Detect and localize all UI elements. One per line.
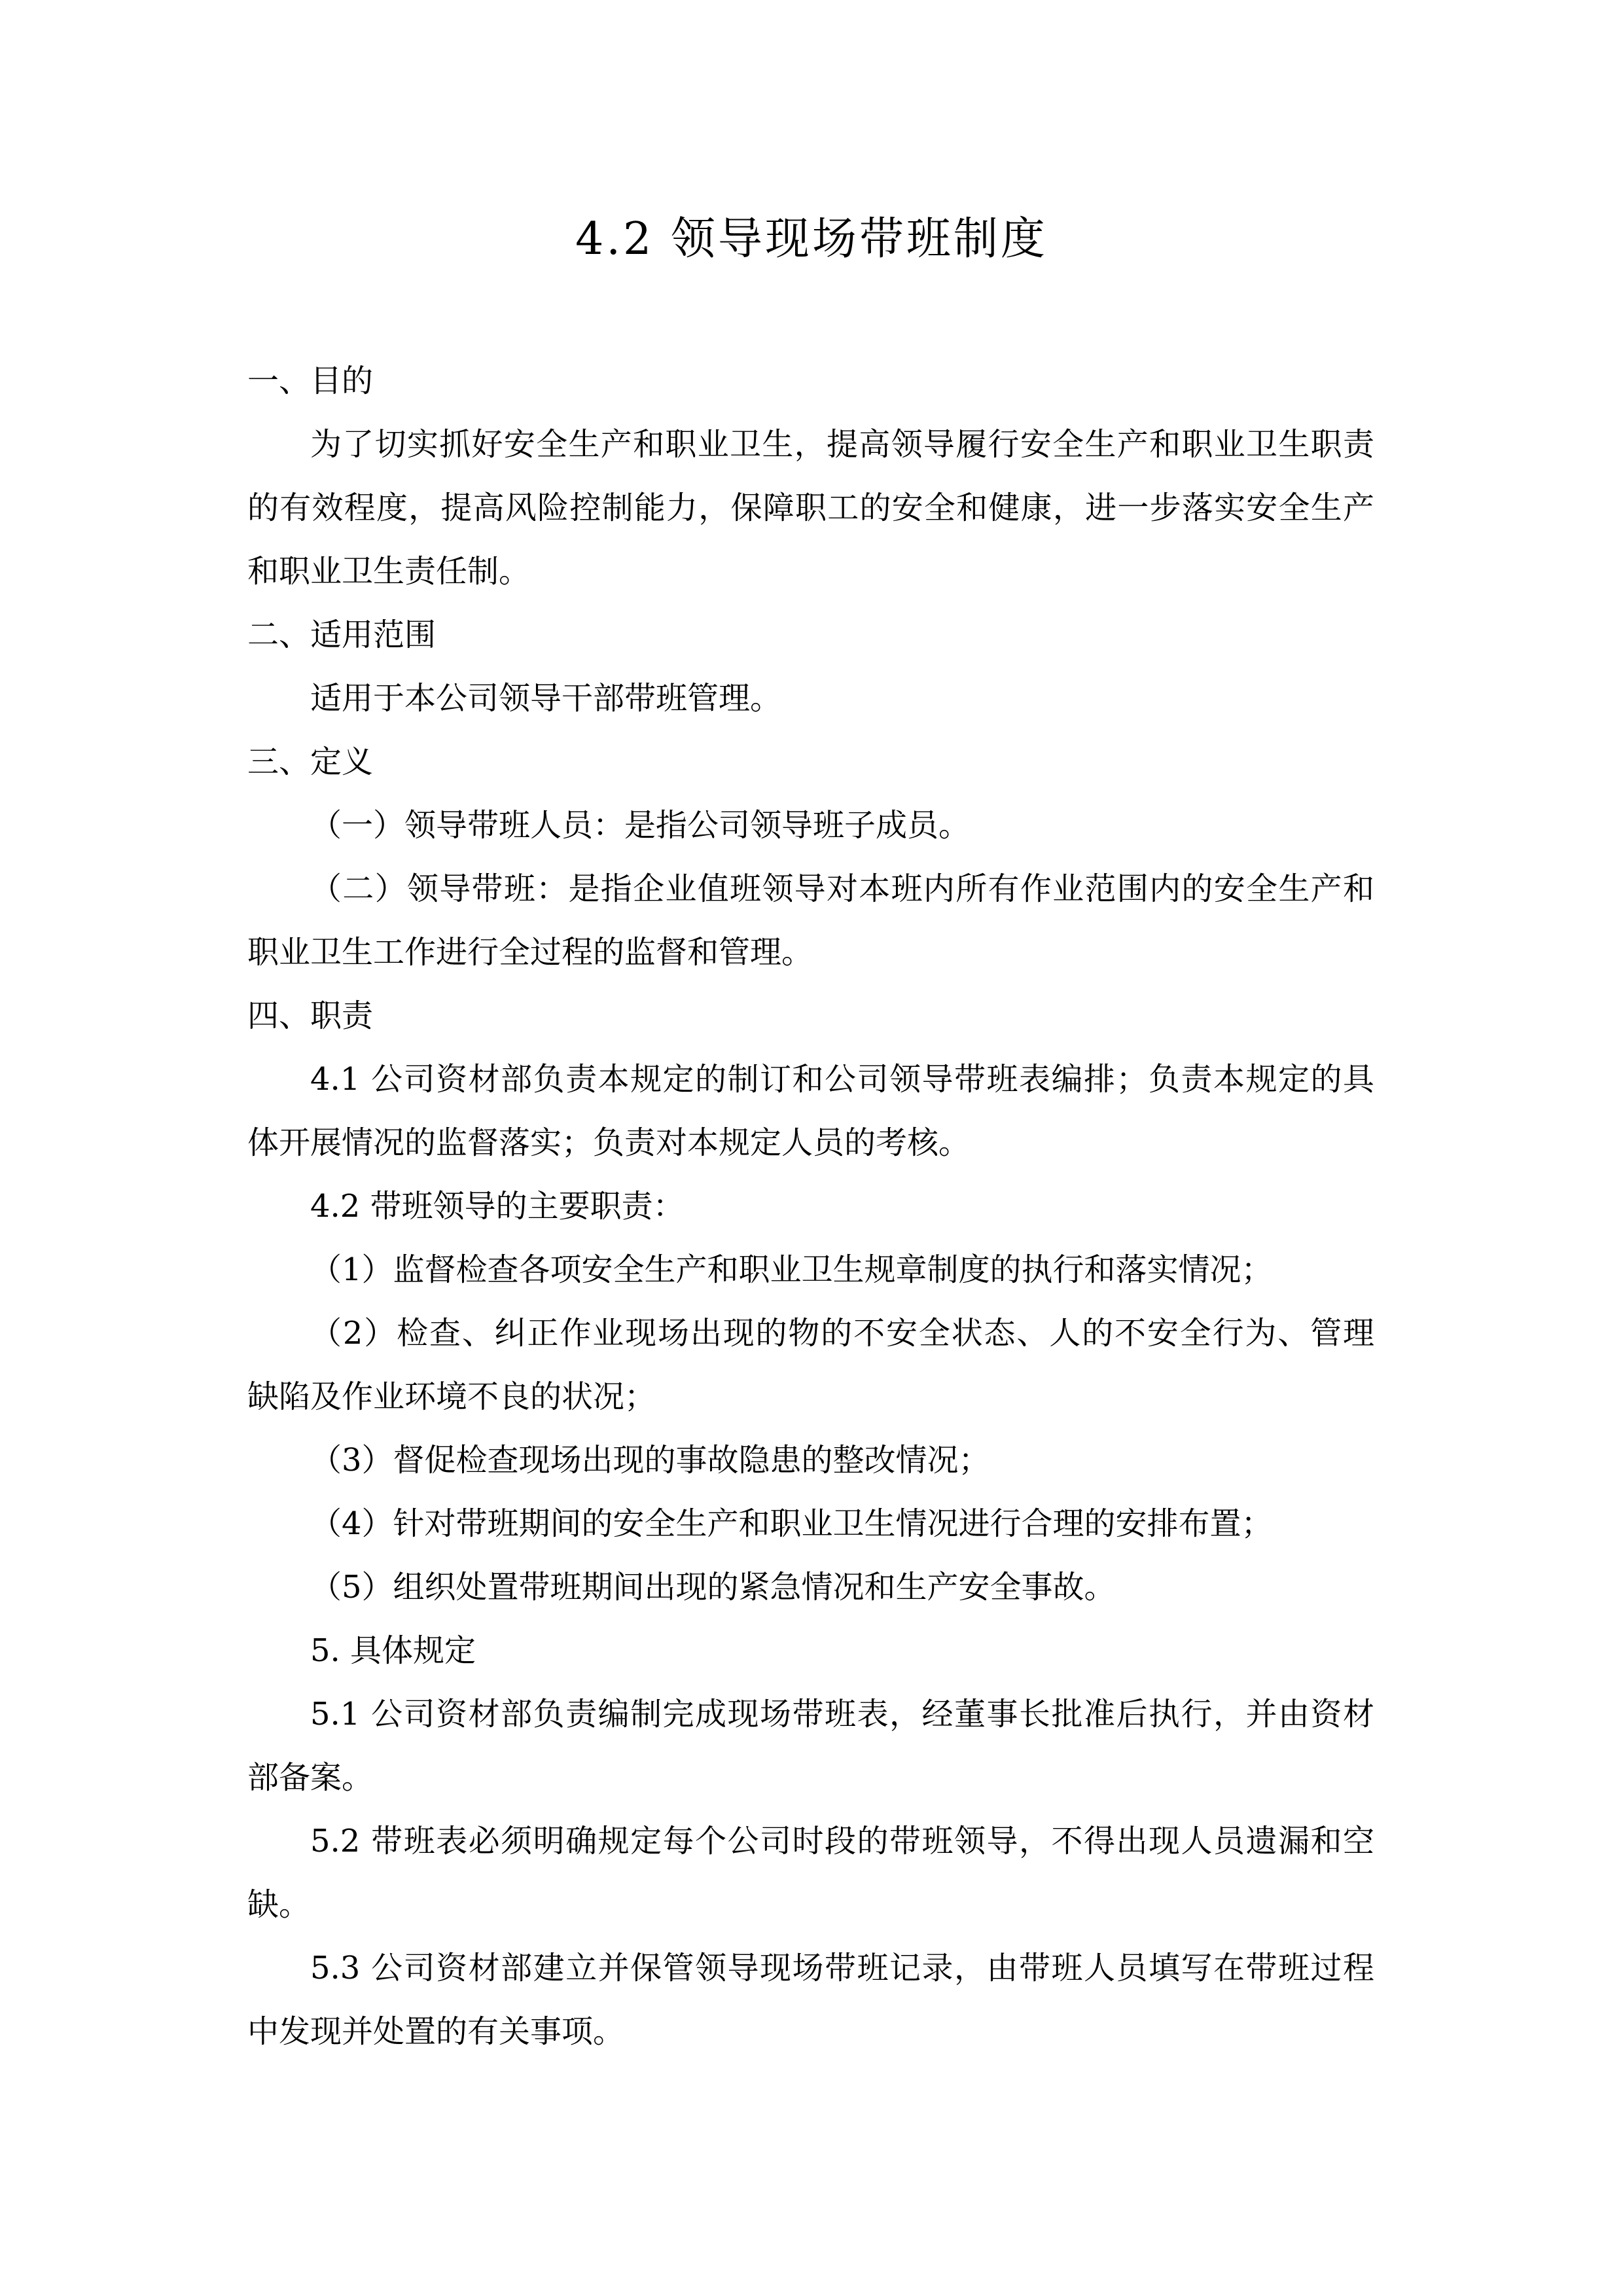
- section-heading-purpose: 一、目的: [247, 350, 1374, 413]
- clause-5-3: 5.3 公司资材部建立并保管领导现场带班记录，由带班人员填写在带班过程: [247, 1937, 1374, 2000]
- duty-list-item: （3）督促检查现场出现的事故隐患的整改情况；: [247, 1429, 1374, 1492]
- purpose-paragraph-line: 和职业卫生责任制。: [247, 540, 1374, 603]
- clause-5-1: 5.1 公司资材部负责编制完成现场带班表，经董事长批准后执行，并由资材: [247, 1683, 1374, 1746]
- definition-item: （一）领导带班人员：是指公司领导班子成员。: [247, 794, 1374, 857]
- duty-list-item-continuation: 缺陷及作业环境不良的状况；: [247, 1365, 1374, 1429]
- purpose-paragraph-line: 的有效程度，提高风险控制能力，保障职工的安全和健康，进一步落实安全生产: [247, 476, 1374, 540]
- clause-4-1-continuation: 体开展情况的监督落实；负责对本规定人员的考核。: [247, 1111, 1374, 1175]
- document-page: 4.2 领导现场带班制度 一、目的 为了切实抓好安全生产和职业卫生，提高领导履行…: [0, 0, 1623, 2296]
- section-heading-definitions: 三、定义: [247, 730, 1374, 794]
- clause-4-1: 4.1 公司资材部负责本规定的制订和公司领导带班表编排；负责本规定的具: [247, 1048, 1374, 1111]
- section-heading-scope: 二、适用范围: [247, 603, 1374, 667]
- clause-5-1-continuation: 部备案。: [247, 1746, 1374, 1810]
- document-body: 一、目的 为了切实抓好安全生产和职业卫生，提高领导履行安全生产和职业卫生职责 的…: [247, 350, 1374, 2064]
- clause-4-2: 4.2 带班领导的主要职责：: [247, 1175, 1374, 1238]
- duty-list-item: （5）组织处置带班期间出现的紧急情况和生产安全事故。: [247, 1556, 1374, 1619]
- document-title: 4.2 领导现场带班制度: [0, 208, 1623, 271]
- clause-5-2-continuation: 缺。: [247, 1873, 1374, 1937]
- clause-5-3-continuation: 中发现并处置的有关事项。: [247, 2000, 1374, 2064]
- duty-list-item: （2）检查、纠正作业现场出现的物的不安全状态、人的不安全行为、管理: [247, 1302, 1374, 1365]
- purpose-paragraph-line: 为了切实抓好安全生产和职业卫生，提高领导履行安全生产和职业卫生职责: [247, 413, 1374, 476]
- duty-list-item: （4）针对带班期间的安全生产和职业卫生情况进行合理的安排布置；: [247, 1492, 1374, 1556]
- scope-paragraph-line: 适用于本公司领导干部带班管理。: [247, 667, 1374, 730]
- definition-item: （二）领导带班：是指企业值班领导对本班内所有作业范围内的安全生产和: [247, 857, 1374, 921]
- section-heading-specific-rules: 5. 具体规定: [247, 1619, 1374, 1683]
- definition-item-continuation: 职业卫生工作进行全过程的监督和管理。: [247, 921, 1374, 984]
- clause-5-2: 5.2 带班表必须明确规定每个公司时段的带班领导，不得出现人员遗漏和空: [247, 1810, 1374, 1873]
- section-heading-responsibilities: 四、职责: [247, 984, 1374, 1048]
- duty-list-item: （1）监督检查各项安全生产和职业卫生规章制度的执行和落实情况；: [247, 1238, 1374, 1302]
